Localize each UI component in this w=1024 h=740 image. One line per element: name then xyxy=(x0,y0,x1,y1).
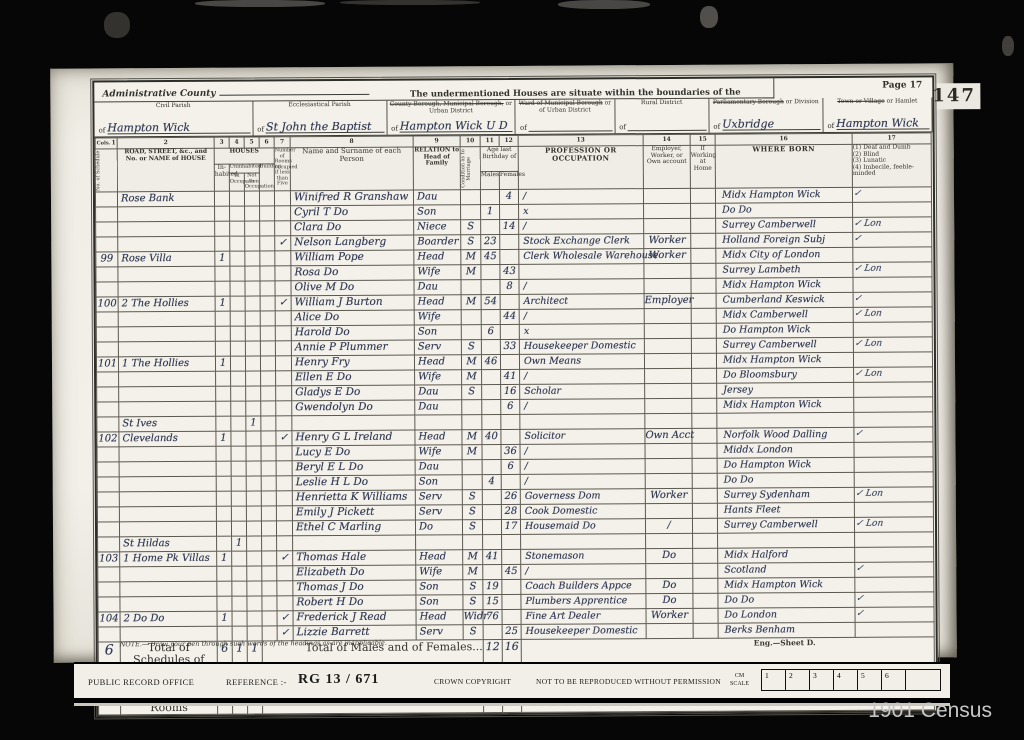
district-label-struck: Town or Village xyxy=(837,98,884,105)
cell-building xyxy=(262,580,277,595)
cell-employer-status: Worker xyxy=(645,488,692,503)
cell-age-female: 25 xyxy=(502,624,521,639)
cell-rooms xyxy=(276,415,292,430)
cell-address xyxy=(119,476,216,492)
of-label: of xyxy=(97,126,108,134)
cell-uninhabited-not-occupied xyxy=(246,445,261,460)
cell-inhabited xyxy=(216,416,231,431)
cell-schedule-no xyxy=(96,236,118,251)
cell-employer-status xyxy=(644,263,691,278)
cell-name: Rosa Do xyxy=(291,265,414,281)
district-cell: Town or Village or Hamlet of Hampton Wic… xyxy=(823,97,932,132)
cell-uninhabited-occupied xyxy=(232,581,247,596)
cell-rooms xyxy=(275,220,291,235)
cell-age-male: 23 xyxy=(481,234,500,249)
cell-building xyxy=(260,295,275,310)
cell-name: Annie P Plummer xyxy=(291,340,414,356)
cell-age-female: 17 xyxy=(501,519,520,534)
district-label-kept: Ecclesiastical Parish xyxy=(288,101,350,108)
cell-schedule-no: 104 xyxy=(98,611,120,626)
district-handwritten-value: Uxbridge xyxy=(722,118,820,131)
cell-building xyxy=(261,460,276,475)
cell-inhabited xyxy=(217,626,232,641)
cell-employer-status xyxy=(645,368,692,383)
district-cell: Rural District of xyxy=(615,99,709,134)
cell-relation: Dau xyxy=(413,189,460,204)
cell-condition: M xyxy=(461,354,481,369)
district-header-row: Civil Parish of Hampton Wick Ecclesiasti… xyxy=(94,97,932,137)
cell-employer-status: Worker xyxy=(644,233,691,248)
district-entry-line: of St John the Baptist xyxy=(255,121,384,134)
cell-age-female: 43 xyxy=(500,264,519,279)
cell-working-at-home xyxy=(693,593,718,608)
cell-inhabited xyxy=(217,596,232,611)
cell-condition xyxy=(461,324,481,339)
cell-age-female: 45 xyxy=(502,564,521,579)
cell-relation: Son xyxy=(416,594,463,609)
cell-rooms: ✓ xyxy=(277,625,293,640)
cell-where-born: Do Hampton Wick xyxy=(717,457,854,473)
census-page-scan: 147 Administrative County The undermenti… xyxy=(50,63,957,663)
of-label: of xyxy=(711,123,722,131)
cell-relation: Serv xyxy=(415,489,462,504)
cell-condition: S xyxy=(463,579,483,594)
col-number: 7 xyxy=(274,137,290,148)
cell-working-at-home xyxy=(692,428,717,443)
cell-age-female: 26 xyxy=(501,489,520,504)
cell-address xyxy=(119,386,216,402)
header-houses-group: HOUSES xyxy=(214,148,274,164)
cell-address: St Hildas xyxy=(120,536,217,552)
district-cell: Ecclesiastical Parish of St John the Bap… xyxy=(253,101,387,136)
cell-annotation xyxy=(853,471,934,486)
cell-employer-status xyxy=(646,623,693,638)
cell-rooms: ✓ xyxy=(276,430,292,445)
cell-working-at-home xyxy=(691,248,716,263)
cell-name: William Pope xyxy=(291,250,414,266)
header-females: Females xyxy=(499,171,518,189)
cell-name: Leslie H L Do xyxy=(292,475,415,491)
cell-condition xyxy=(462,414,482,429)
cell-profession: Own Means xyxy=(519,353,644,369)
cell-schedule-no: 100 xyxy=(96,296,118,311)
district-cell: Ward of Municipal Borough or of Urban Di… xyxy=(516,99,615,134)
cell-address xyxy=(119,401,216,417)
header-profession: PROFESSION OR OCCUPATION xyxy=(518,146,643,189)
cell-where-born: Surrey Lambeth xyxy=(716,262,853,278)
cell-employer-status xyxy=(644,203,691,218)
cell-working-at-home xyxy=(692,473,717,488)
district-label-struck: Parliamentary Borough xyxy=(713,98,784,105)
cell-schedule-no: 101 xyxy=(96,356,118,371)
cell-annotation: ✓ xyxy=(853,426,934,441)
cell-where-born: Middx London xyxy=(717,442,854,458)
cell-name: Winifred R Granshaw xyxy=(290,190,413,206)
district-label: Ward of Municipal Borough or of Urban Di… xyxy=(518,100,612,114)
cell-building xyxy=(260,250,275,265)
cell-employer-status: Own Acct xyxy=(645,428,692,443)
cell-address: 1 Home Pk Villas xyxy=(120,551,217,567)
cell-profession xyxy=(521,533,646,549)
cell-annotation xyxy=(852,351,933,366)
cell-inhabited: 1 xyxy=(217,551,232,566)
cell-age-male xyxy=(483,564,502,579)
cell-uninhabited-not-occupied xyxy=(245,325,260,340)
cell-uninhabited-occupied xyxy=(230,356,245,371)
cell-address xyxy=(118,326,215,342)
cell-building xyxy=(261,505,276,520)
cell-condition xyxy=(463,534,483,549)
cell-schedule-no xyxy=(98,566,120,581)
cell-name: Frederick J Read xyxy=(293,610,416,626)
cell-age-female: 6 xyxy=(501,399,520,414)
cell-age-male: 54 xyxy=(481,294,500,309)
cell-relation: Son xyxy=(415,474,462,489)
cell-employer-status xyxy=(645,398,692,413)
cell-building xyxy=(260,265,275,280)
cell-age-female xyxy=(502,579,521,594)
cell-name: Henrietta K Williams xyxy=(292,490,415,506)
cell-address: 2 The Hollies xyxy=(118,296,215,312)
cell-relation: Wife xyxy=(415,444,462,459)
cell-working-at-home xyxy=(691,233,716,248)
scan-smudge xyxy=(195,0,325,7)
cell-profession: / xyxy=(520,398,645,414)
pro-reference-bar: PUBLIC RECORD OFFICE REFERENCE :- RG 13 … xyxy=(74,662,950,698)
cell-working-at-home xyxy=(693,533,718,548)
cell-working-at-home xyxy=(693,623,718,638)
cell-annotation: ✓ xyxy=(851,186,932,201)
cell-working-at-home xyxy=(692,383,717,398)
cell-relation: Niece xyxy=(414,219,461,234)
cell-condition xyxy=(461,204,481,219)
header-where-born: WHERE BORN xyxy=(715,144,852,187)
scale-tick-blank xyxy=(905,669,941,691)
cell-age-male: 46 xyxy=(481,354,500,369)
of-label: of xyxy=(518,124,529,132)
cell-building xyxy=(261,370,276,385)
cell-condition: M xyxy=(463,549,483,564)
form-title: The undermentioned Houses are situate wi… xyxy=(378,84,773,99)
cell-employer-status xyxy=(644,353,691,368)
cell-uninhabited-not-occupied xyxy=(246,490,261,505)
cell-relation: Dau xyxy=(415,399,462,414)
header-working-at-home: If Working at Home xyxy=(690,145,715,188)
cell-working-at-home xyxy=(691,323,716,338)
cell-uninhabited-occupied xyxy=(231,401,246,416)
cell-annotation: ✓ xyxy=(854,561,935,576)
cell-uninhabited-occupied xyxy=(232,611,247,626)
cell-where-born: Do Do xyxy=(717,472,854,488)
cell-building xyxy=(260,355,275,370)
cell-annotation xyxy=(853,456,934,471)
cell-uninhabited-occupied xyxy=(230,206,245,221)
cell-uninhabited-not-occupied xyxy=(245,220,260,235)
cell-condition: Widr xyxy=(463,609,483,624)
cell-age-female: 16 xyxy=(501,384,520,399)
cell-inhabited xyxy=(217,536,232,551)
cell-rooms xyxy=(276,490,292,505)
cell-address: 2 Do Do xyxy=(120,611,217,627)
cell-employer-status xyxy=(644,338,691,353)
district-cell: County Borough, Municipal Borough, or Ur… xyxy=(387,100,516,135)
cell-condition xyxy=(462,399,482,414)
crown-copyright-label: CROWN COPYRIGHT xyxy=(434,677,511,686)
scale-tick: 2 xyxy=(785,669,810,691)
cell-uninhabited-occupied xyxy=(232,596,247,611)
cell-working-at-home xyxy=(692,458,717,473)
cell-where-born: Do Do xyxy=(718,592,855,608)
cell-working-at-home xyxy=(691,263,716,278)
cell-profession xyxy=(519,263,644,279)
cell-condition xyxy=(462,474,482,489)
cell-employer-status xyxy=(646,563,693,578)
scan-smudge xyxy=(1002,36,1014,56)
cell-relation: Son xyxy=(414,204,461,219)
cell-age-male: 19 xyxy=(483,579,502,594)
cell-uninhabited-occupied xyxy=(230,296,245,311)
cell-building xyxy=(260,325,275,340)
cell-name: Henry G L Ireland xyxy=(292,430,415,446)
cell-age-male xyxy=(482,369,501,384)
cell-address: Rose Villa xyxy=(118,251,215,267)
cell-age-male xyxy=(481,279,500,294)
cell-relation: Dau xyxy=(414,279,461,294)
district-handwritten-value xyxy=(529,130,612,132)
district-cell: Parliamentary Borough or Division of Uxb… xyxy=(709,98,823,133)
cell-annotation xyxy=(853,396,934,411)
cell-profession: Fine Art Dealer xyxy=(521,608,646,624)
cell-where-born: Midx Hampton Wick xyxy=(715,187,852,203)
cell-uninhabited-occupied xyxy=(231,446,246,461)
cell-building xyxy=(261,400,276,415)
cell-uninhabited-not-occupied xyxy=(247,550,262,565)
cell-condition: S xyxy=(462,489,482,504)
cell-rooms: ✓ xyxy=(275,295,291,310)
cell-profession: Governess Dom xyxy=(520,488,645,504)
cell-annotation xyxy=(854,531,935,546)
col-number: 5 xyxy=(244,137,259,148)
cell-annotation: ✓ Lon xyxy=(853,486,934,501)
cell-rooms: ✓ xyxy=(277,550,293,565)
cell-uninhabited-not-occupied xyxy=(245,235,260,250)
cell-profession: / xyxy=(519,278,644,294)
cell-annotation xyxy=(853,381,934,396)
cell-address xyxy=(118,236,215,252)
cell-rooms xyxy=(275,250,291,265)
cell-schedule-no xyxy=(96,206,118,221)
cell-uninhabited-not-occupied xyxy=(246,385,261,400)
cell-uninhabited-not-occupied xyxy=(247,610,262,625)
cell-uninhabited-not-occupied xyxy=(245,265,260,280)
cell-rooms xyxy=(275,265,291,280)
cell-inhabited xyxy=(215,326,230,341)
cell-relation: Wife xyxy=(415,369,462,384)
cell-name: Beryl E L Do xyxy=(292,460,415,476)
cell-annotation xyxy=(854,546,935,561)
cell-condition: S xyxy=(462,384,482,399)
cell-uninhabited-not-occupied xyxy=(246,460,261,475)
cell-rooms xyxy=(277,535,293,550)
cell-age-male xyxy=(481,219,500,234)
cell-employer-status: / xyxy=(645,518,692,533)
district-label-kept: or Hamlet xyxy=(887,97,918,104)
cell-schedule-no xyxy=(96,221,118,236)
cell-annotation xyxy=(854,621,935,636)
cell-age-male xyxy=(480,189,499,204)
cell-employer-status xyxy=(646,533,693,548)
cell-name: William J Burton xyxy=(291,295,414,311)
cell-schedule-no xyxy=(98,596,120,611)
district-entry-line: of Hampton Wick xyxy=(825,117,929,130)
cell-rooms xyxy=(275,325,291,340)
cell-working-at-home xyxy=(693,548,718,563)
cell-where-born: Do Hampton Wick xyxy=(716,322,853,338)
cell-schedule-no xyxy=(98,626,120,641)
cell-age-female: 36 xyxy=(501,444,520,459)
cell-name: Cyril T Do xyxy=(291,205,414,221)
district-label-kept: or Division xyxy=(786,98,819,105)
viewer-caption: 1901 Census xyxy=(868,699,992,723)
cell-inhabited xyxy=(215,341,230,356)
cell-profession: / xyxy=(520,458,645,474)
cell-age-male xyxy=(482,504,501,519)
cell-building xyxy=(262,535,277,550)
col-number: 15 xyxy=(690,134,715,145)
cell-profession: Stonemason xyxy=(521,548,646,564)
cell-where-born: Midx Halford xyxy=(718,547,855,563)
cell-profession: Cook Domestic xyxy=(520,503,645,519)
cell-relation: Head xyxy=(414,249,461,264)
cell-annotation: ✓ xyxy=(854,606,935,621)
cell-rooms xyxy=(276,475,292,490)
cell-inhabited xyxy=(215,266,230,281)
cell-schedule-no xyxy=(98,581,120,596)
cell-name: Clara Do xyxy=(291,220,414,236)
cell-annotation: ✓ xyxy=(854,591,935,606)
cell-rooms xyxy=(275,280,291,295)
cell-relation: Head xyxy=(416,609,463,624)
sheet-designation: Eng.—Sheet D. xyxy=(754,638,816,647)
cell-rooms xyxy=(277,580,293,595)
cell-profession: / xyxy=(520,443,645,459)
cell-schedule-no xyxy=(97,401,119,416)
cell-where-born: Do London xyxy=(718,607,855,623)
cell-annotation: ✓ Lon xyxy=(853,516,934,531)
cell-annotation: ✓ xyxy=(852,231,933,246)
cell-where-born: Surrey Sydenham xyxy=(717,487,854,503)
cell-uninhabited-occupied xyxy=(231,476,246,491)
cell-inhabited xyxy=(217,581,232,596)
cell-profession: x xyxy=(519,323,644,339)
cell-uninhabited-occupied xyxy=(231,371,246,386)
cell-schedule-no: 99 xyxy=(96,251,118,266)
cell-age-female: 28 xyxy=(501,504,520,519)
cell-rooms xyxy=(275,355,291,370)
cell-inhabited xyxy=(216,446,231,461)
cell-employer-status xyxy=(644,278,691,293)
cell-relation: Serv xyxy=(414,339,461,354)
cell-schedule-no xyxy=(96,281,118,296)
cell-profession: Clerk Wholesale Warehouse xyxy=(519,248,644,264)
cell-relation: Son xyxy=(416,579,463,594)
cell-profession: / xyxy=(519,308,644,324)
cell-age-female xyxy=(502,534,521,549)
cell-uninhabited-occupied xyxy=(230,326,245,341)
cell-rooms xyxy=(276,370,292,385)
cell-schedule-no xyxy=(97,521,119,536)
cell-age-female xyxy=(500,249,519,264)
cell-age-female: 6 xyxy=(501,459,520,474)
col-number: 3 xyxy=(214,137,229,148)
cell-schedule-no: 102 xyxy=(97,431,119,446)
cell-building xyxy=(260,220,275,235)
district-entry-line: of Hampton Wick U D xyxy=(389,120,513,133)
cell-working-at-home xyxy=(691,293,716,308)
cell-where-born: Surrey Camberwell xyxy=(717,517,854,533)
cell-employer-status xyxy=(643,188,690,203)
cell-where-born xyxy=(718,532,855,548)
cell-age-male xyxy=(482,384,501,399)
cell-rooms: ✓ xyxy=(277,610,293,625)
cell-name: Henry Fry xyxy=(291,355,414,371)
reproduction-notice: NOT TO BE REPRODUCED WITHOUT PERMISSION xyxy=(536,677,721,686)
header-relation: RELATION to Head of Family xyxy=(413,147,460,190)
of-label: of xyxy=(617,123,628,131)
col-number: 12 xyxy=(499,135,518,146)
cell-age-male: 76 xyxy=(483,609,502,624)
cell-profession: Housemaid Do xyxy=(520,518,645,534)
header-condition: Condition as to Marriage xyxy=(460,147,480,190)
cell-where-born: Surrey Camberwell xyxy=(716,217,853,233)
scale-tick: 3 xyxy=(809,669,834,691)
district-handwritten-value: Hampton Wick xyxy=(107,122,250,135)
district-label: Ecclesiastical Parish xyxy=(255,102,384,110)
cell-age-male xyxy=(481,309,500,324)
cell-rooms xyxy=(276,460,292,475)
cell-age-female xyxy=(501,414,520,429)
cell-uninhabited-occupied xyxy=(231,431,246,446)
cell-building xyxy=(259,190,274,205)
district-label: Town or Village or Hamlet xyxy=(825,98,929,106)
cell-where-born: Midx Hampton Wick xyxy=(717,397,854,413)
cell-condition: M xyxy=(462,444,482,459)
cell-uninhabited-not-occupied xyxy=(245,280,260,295)
of-label: of xyxy=(825,122,836,130)
cell-address xyxy=(118,266,215,282)
cell-inhabited xyxy=(215,206,230,221)
cell-schedule-no xyxy=(97,476,119,491)
cell-condition xyxy=(461,279,481,294)
cell-profession: Solicitor xyxy=(520,428,645,444)
cell-rooms xyxy=(276,400,292,415)
district-label: Parliamentary Borough or Division xyxy=(711,99,820,107)
cell-where-born: Surrey Camberwell xyxy=(716,337,853,353)
cell-relation: Son xyxy=(414,324,461,339)
cell-rooms xyxy=(275,310,291,325)
cell-inhabited xyxy=(216,521,231,536)
cell-age-male xyxy=(483,534,502,549)
cell-annotation: ✓ Lon xyxy=(852,261,933,276)
cell-working-at-home xyxy=(691,308,716,323)
header-males: Males xyxy=(480,172,499,190)
col-number: 10 xyxy=(460,136,480,147)
cell-uninhabited-not-occupied xyxy=(245,250,260,265)
cell-where-born: Hants Fleet xyxy=(717,502,854,518)
header-infirmity: (1) Deaf and Dumb (2) Blind (3) Lunatic … xyxy=(852,144,931,187)
cell-address xyxy=(119,371,216,387)
cell-uninhabited-occupied xyxy=(229,191,244,206)
